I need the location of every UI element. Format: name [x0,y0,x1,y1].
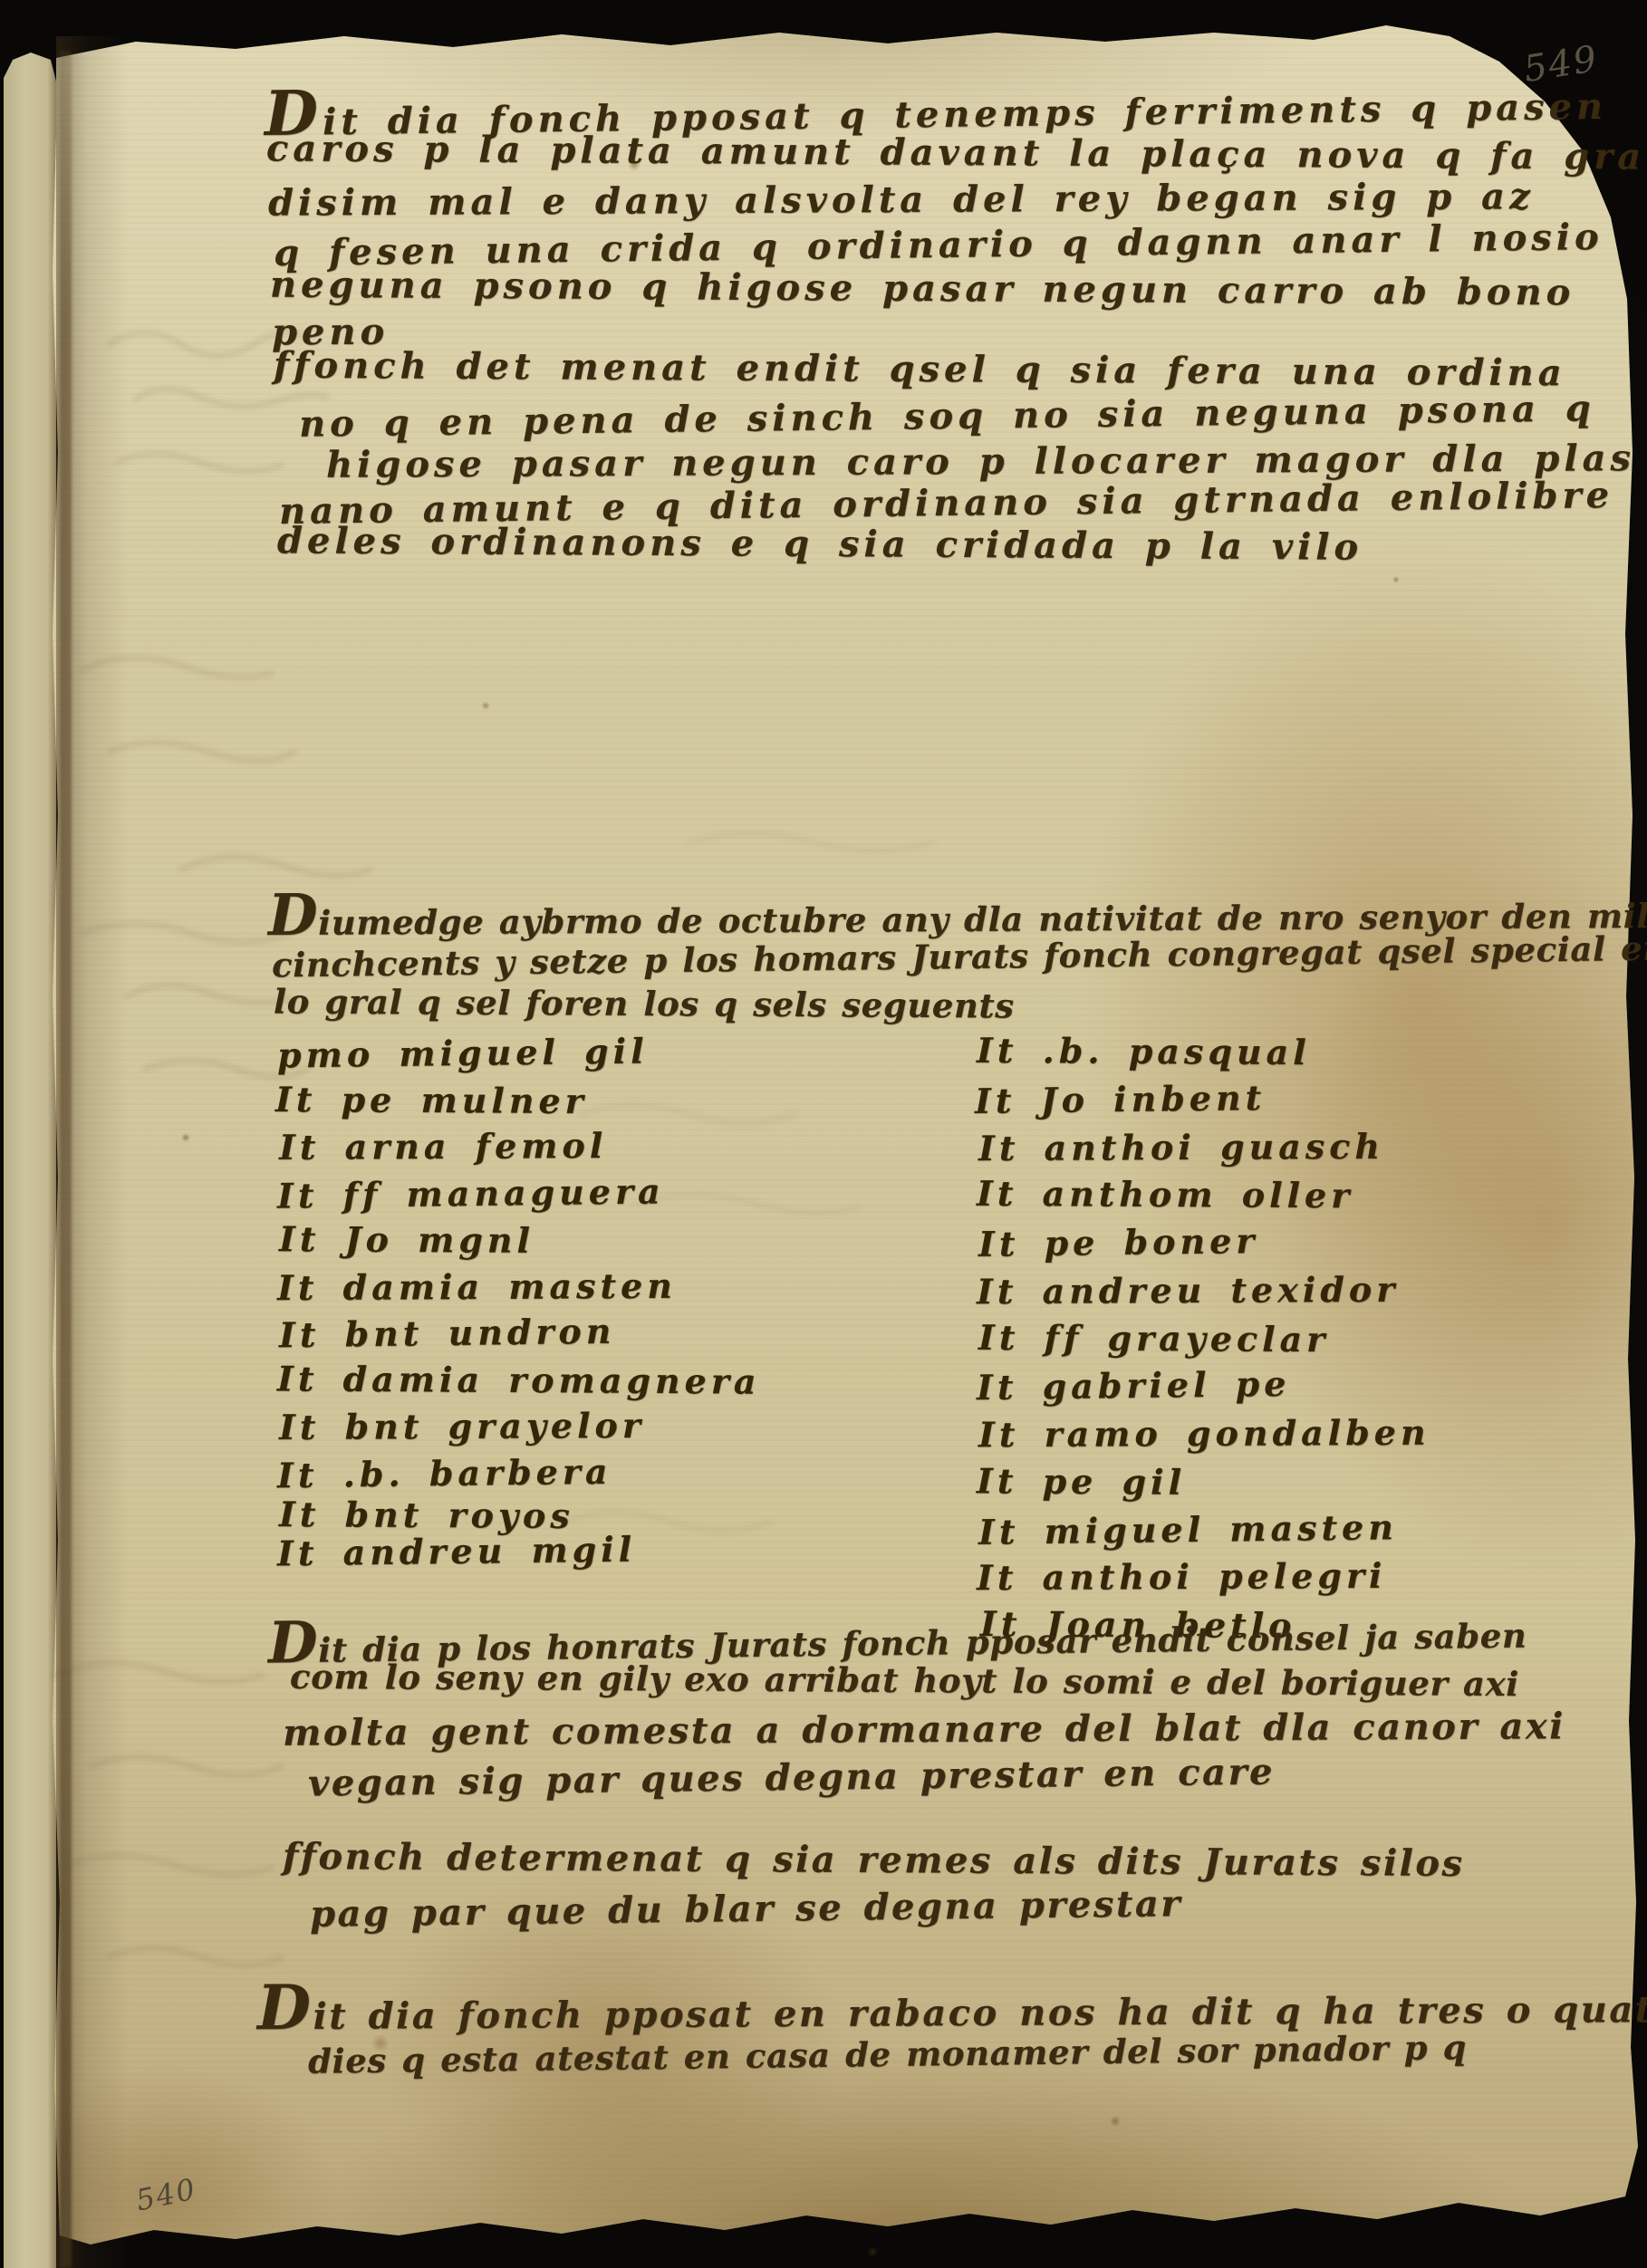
list-item: It .b. pasqual [977,1032,1311,1072]
manuscript-line: deles ordinanons e q sia cridada p la vi… [277,521,1363,567]
manuscript-line: neguna psono q higose pasar negun carro … [270,265,1575,313]
list-item: It andreu mgil [277,1531,637,1573]
list-item: It ff managuera [277,1172,665,1215]
list-item: It damia masten [277,1267,677,1307]
manuscript-line: ffonch determenat q sia remes als dits J… [283,1837,1465,1884]
manuscript-line: disim mal e dany alsvolta del rey began … [268,177,1535,223]
list-item: It .b. barbera [277,1453,612,1494]
list-item: It anthoi pelegri [977,1557,1387,1597]
manuscript-photo: 549 540 Dit dia fonch pposat q tenemps f… [0,0,1647,2268]
list-item: It bnt undron [279,1312,616,1354]
manuscript-line: ffonch det menat endit qsel q sia fera u… [274,346,1566,394]
manuscript-line: caros p la plata amunt davant la plaça n… [266,129,1645,177]
list-item: It anthom oller [977,1175,1353,1215]
manuscript-line: com lo seny en gily exo arribat hoyt lo … [290,1658,1519,1703]
list-item: It bnt grayelor [279,1407,645,1446]
list-item: It pe gil [977,1462,1186,1501]
list-item: It gabriel pe [977,1365,1291,1407]
list-item: It Jo mgnl [279,1220,535,1260]
manuscript-line: molta gent comesta a dormanare del blat … [283,1706,1565,1753]
list-item: It andreu texidor [977,1271,1399,1311]
list-item: pmo miguel gil [277,1033,649,1075]
list-item: It anthoi guasch [978,1128,1384,1168]
list-item: It arna femol [279,1127,607,1167]
list-item: It ff grayeclar [978,1319,1329,1359]
list-item: It pe boner [978,1222,1259,1264]
list-item: It miguel masten [978,1508,1398,1551]
manuscript-line: lo gral q sel foren los q sels seguents [274,984,1015,1025]
list-item: It ramo gondalben [978,1414,1430,1454]
list-item: It Jo inbent [975,1079,1267,1120]
list-item: It pe mulner [275,1081,588,1120]
list-item: It damia romagnera [277,1360,761,1400]
